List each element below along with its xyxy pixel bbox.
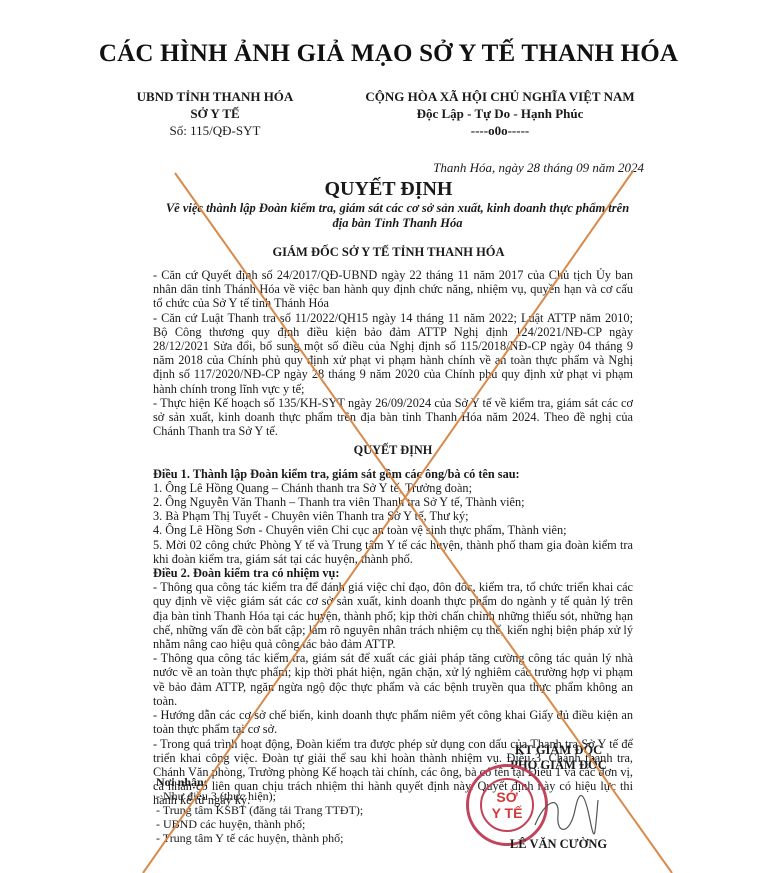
signer-name: LÊ VĂN CƯỜNG [486, 837, 631, 852]
handwritten-signature-icon [530, 790, 600, 840]
duty-1: - Thông qua công tác kiểm tra để đánh gi… [153, 580, 633, 651]
nation-line3: ----o0o----- [355, 122, 645, 139]
issuing-organization: UBND TỈNH THANH HÓA SỞ Y TẾ Số: 115/QĐ-S… [110, 88, 320, 139]
document-subject: Về việc thành lập Đoàn kiểm tra, giám sá… [160, 201, 635, 231]
basis-2: - Căn cứ Luật Thanh tra số 11/2022/QH15 … [153, 311, 633, 396]
org-line2: SỞ Y TẾ [110, 105, 320, 122]
member-3: 3. Bà Phạm Thị Tuyết - Chuyên viên Thanh… [153, 509, 633, 523]
member-1: 1. Ông Lê Hồng Quang – Chánh thanh tra S… [153, 481, 633, 495]
document-body: - Căn cứ Quyết định số 24/2017/QĐ-UBND n… [153, 268, 633, 808]
member-2: 2. Ông Nguyễn Văn Thanh – Thanh tra viên… [153, 495, 633, 509]
headline: CÁC HÌNH ẢNH GIẢ MẠO SỞ Y TẾ THANH HÓA [0, 40, 777, 68]
basis-1: - Căn cứ Quyết định số 24/2017/QĐ-UBND n… [153, 268, 633, 311]
member-5: 5. Mời 02 công chức Phòng Y tế và Trung … [153, 538, 633, 566]
stamp-line1: SỞ [496, 789, 517, 805]
signature-line1: KT GIÁM ĐỐC [486, 743, 631, 758]
stamp-line2: Y TẾ [492, 805, 523, 821]
recipient-item: - UBND các huyện, thành phố; [156, 817, 363, 831]
basis-3: - Thực hiện Kế hoạch số 135/KH-SYT ngày … [153, 396, 633, 439]
nation-line2: Độc Lập - Tự Do - Hạnh Phúc [355, 105, 645, 122]
org-line1: UBND TỈNH THANH HÓA [110, 88, 320, 105]
stamp-center: SỞ Y TẾ [480, 778, 534, 832]
duty-3: - Hướng dẫn các cơ sở chế biến, kinh doa… [153, 708, 633, 736]
national-motto: CỘNG HÒA XÃ HỘI CHỦ NGHĨA VIỆT NAM Độc L… [355, 88, 645, 139]
document-title: QUYẾT ĐỊNH [0, 178, 777, 201]
place-date: Thanh Hóa, ngày 28 tháng 09 năm 2024 [433, 160, 644, 176]
member-4: 4. Ông Lê Hồng Sơn - Chuyên viên Chi cục… [153, 523, 633, 537]
recipients-heading: Nơi nhận: [156, 775, 363, 789]
recipient-item: - Trung tâm Y tế các huyện, thành phố; [156, 831, 363, 845]
recipient-item: - Như điều 3 (thực hiện); [156, 789, 363, 803]
nation-line1: CỘNG HÒA XÃ HỘI CHỦ NGHĨA VIỆT NAM [355, 88, 645, 105]
recipients-list: Nơi nhận: - Như điều 3 (thực hiện); - Tr… [156, 775, 363, 845]
article1-heading: Điều 1. Thành lập Đoàn kiểm tra, giám sá… [153, 467, 633, 481]
decision-heading: QUYẾT ĐỊNH [153, 443, 633, 457]
duty-2: - Thông qua công tác kiểm tra, giám sát … [153, 651, 633, 708]
document-issuer: GIÁM ĐỐC SỞ Y TẾ TỈNH THANH HÓA [0, 245, 777, 260]
doc-number: Số: 115/QĐ-SYT [110, 122, 320, 139]
article2-heading: Điều 2. Đoàn kiểm tra có nhiệm vụ: [153, 566, 633, 580]
recipient-item: - Trung tâm KSBT (đăng tải Trang TTĐT); [156, 803, 363, 817]
